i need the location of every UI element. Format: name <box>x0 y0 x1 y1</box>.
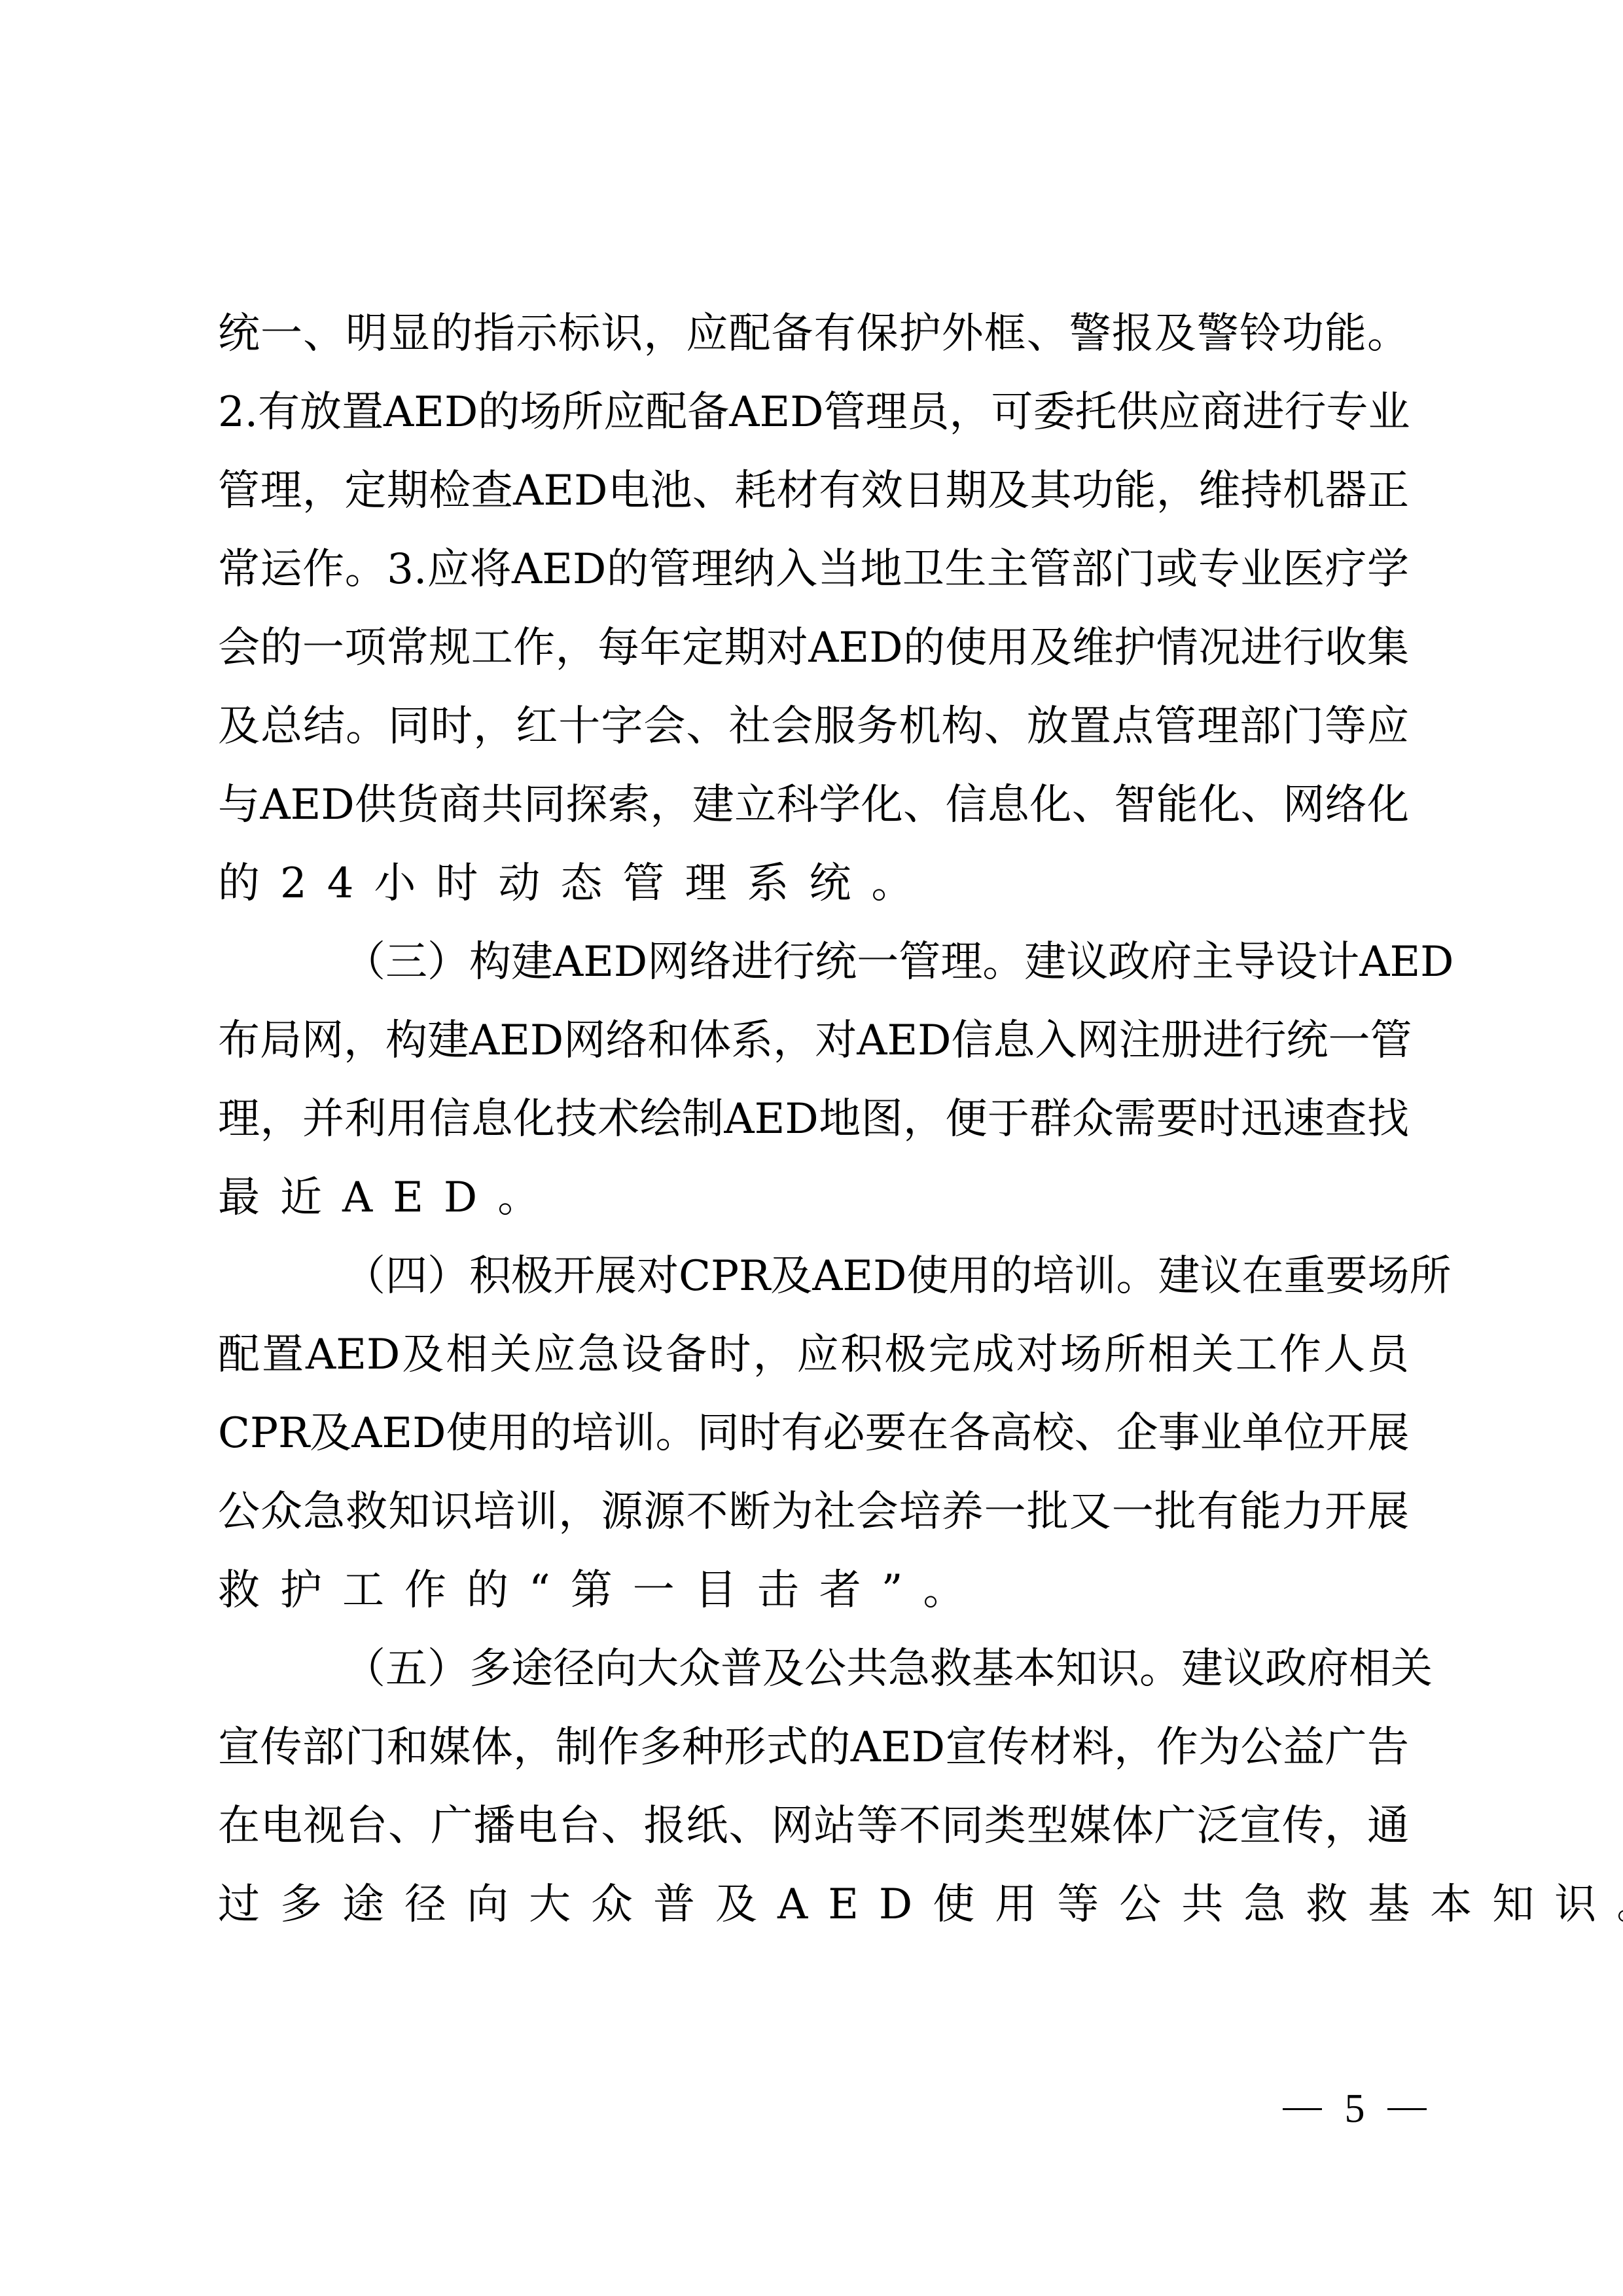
text-line: 与AED供货商共同探索，建立科学化、信息化、智能化、网络化 <box>218 766 1409 844</box>
text-line: 理，并利用信息化技术绘制AED地图，便于群众需要时迅速查找 <box>218 1080 1409 1158</box>
text-line: 宣传部门和媒体，制作多种形式的AED宣传材料，作为公益广告 <box>218 1708 1409 1787</box>
text-line: 2.有放置AED的场所应配备AED管理员，可委托供应商进行专业 <box>218 373 1409 452</box>
text-line: 过多途径向大众普及AED使用等公共急救基本知识。 <box>218 1865 1409 1944</box>
document-page: 统一、明显的指示标识，应配备有保护外框、警报及警铃功能。 2.有放置AED的场所… <box>0 0 1623 2296</box>
text-line: 会的一项常规工作，每年定期对AED的使用及维护情况进行收集 <box>218 609 1409 687</box>
paragraph-continuation: 统一、明显的指示标识，应配备有保护外框、警报及警铃功能。 2.有放置AED的场所… <box>218 295 1409 923</box>
page-number-right-dash <box>1387 2108 1427 2110</box>
text-line: 救护工作的“第一目击者”。 <box>218 1551 1409 1630</box>
paragraph-section-5: （五）多途径向大众普及公共急救基本知识。建议政府相关 宣传部门和媒体，制作多种形… <box>218 1630 1409 1944</box>
section-heading-line: （四）积极开展对CPR及AED使用的培训。建议在重要场所 <box>218 1237 1409 1316</box>
text-line: 及总结。同时，红十字会、社会服务机构、放置点管理部门等应 <box>218 687 1409 766</box>
page-number-value: 5 <box>1345 2081 1365 2136</box>
paragraph-section-4: （四）积极开展对CPR及AED使用的培训。建议在重要场所 配置AED及相关应急设… <box>218 1237 1409 1630</box>
text-line: CPR及AED使用的培训。同时有必要在各高校、企事业单位开展 <box>218 1394 1409 1473</box>
page-number: 5 <box>1283 2081 1427 2136</box>
body-text: 统一、明显的指示标识，应配备有保护外框、警报及警铃功能。 2.有放置AED的场所… <box>218 295 1409 1944</box>
section-heading-line: （三）构建AED网络进行统一管理。建议政府主导设计AED <box>218 923 1409 1001</box>
text-line: 最近AED。 <box>218 1158 1409 1237</box>
text-line: 布局网，构建AED网络和体系，对AED信息入网注册进行统一管 <box>218 1001 1409 1080</box>
section-heading-line: （五）多途径向大众普及公共急救基本知识。建议政府相关 <box>218 1630 1409 1708</box>
text-line: 管理，定期检查AED电池、耗材有效日期及其功能，维持机器正 <box>218 452 1409 530</box>
text-line: 配置AED及相关应急设备时，应积极完成对场所相关工作人员 <box>218 1316 1409 1394</box>
page-number-left-dash <box>1283 2108 1322 2110</box>
text-line: 公众急救知识培训，源源不断为社会培养一批又一批有能力开展 <box>218 1473 1409 1551</box>
text-line: 在电视台、广播电台、报纸、网站等不同类型媒体广泛宣传，通 <box>218 1787 1409 1865</box>
text-line: 统一、明显的指示标识，应配备有保护外框、警报及警铃功能。 <box>218 295 1409 373</box>
paragraph-section-3: （三）构建AED网络进行统一管理。建议政府主导设计AED 布局网，构建AED网络… <box>218 923 1409 1237</box>
text-line: 的24小时动态管理系统。 <box>218 844 1409 923</box>
text-line: 常运作。3.应将AED的管理纳入当地卫生主管部门或专业医疗学 <box>218 530 1409 609</box>
